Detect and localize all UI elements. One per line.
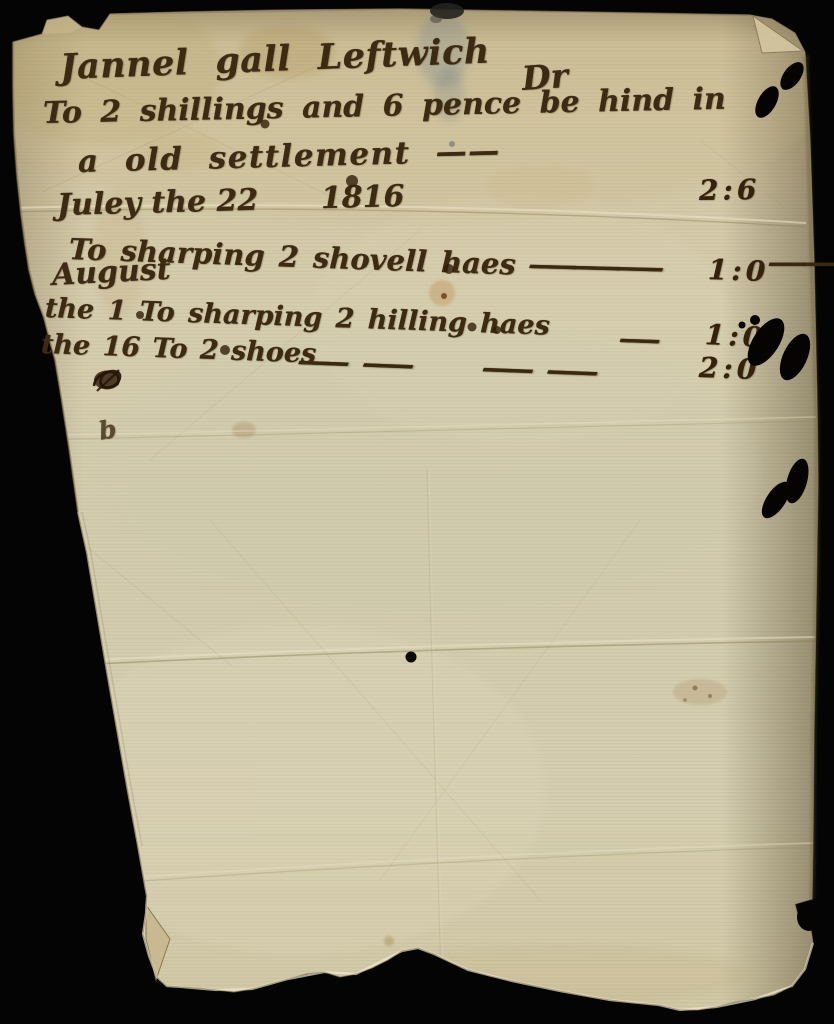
- edge-notch: [797, 903, 821, 931]
- ink-scribble: [94, 370, 120, 391]
- ink-blot-overlay: [0, 0, 834, 1024]
- ink-dot: [406, 652, 417, 663]
- scanner-background: Jannel gall Leftwich Dr To 2 shillings a…: [0, 0, 834, 1024]
- ink-speck: [750, 315, 760, 325]
- ink-speck: [739, 322, 746, 329]
- ink-blot: [750, 82, 783, 121]
- black-ink-blots: [406, 58, 822, 931]
- letter-ink-blobs: [136, 120, 501, 356]
- top-edge-smudge: [430, 3, 464, 23]
- ink-blot: [776, 58, 809, 94]
